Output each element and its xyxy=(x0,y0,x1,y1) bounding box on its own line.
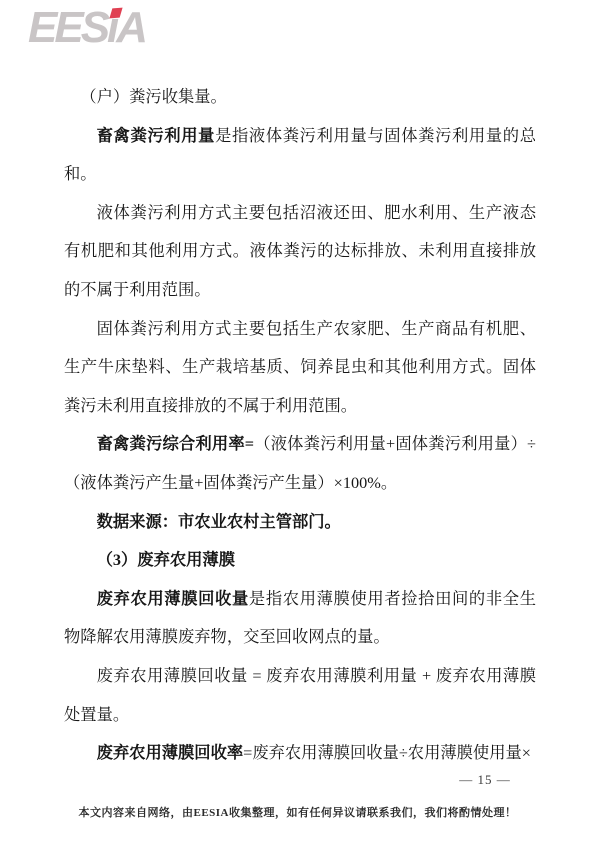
bold-term: （3）废弃农用薄膜 xyxy=(97,550,235,569)
logo-text-pre: EES xyxy=(28,3,107,52)
text-run: 液体粪污利用方式主要包括沼液还田、肥水利用、生产液态有机肥和其他利用方式。液体粪… xyxy=(64,203,536,299)
paragraph: （3）废弃农用薄膜 xyxy=(64,541,536,580)
bold-term: 畜禽粪污利用量 xyxy=(97,126,215,145)
document-body: （户）粪污收集量。畜禽粪污利用量是指液体粪污利用量与固体粪污利用量的总和。液体粪… xyxy=(64,78,536,773)
paragraph: 数据来源：市农业农村主管部门。 xyxy=(64,503,536,542)
bold-term: 数据来源：市农业农村主管部门。 xyxy=(97,512,341,531)
paragraph: 畜禽粪污利用量是指液体粪污利用量与固体粪污利用量的总和。 xyxy=(64,117,536,194)
text-run: 固体粪污利用方式主要包括生产农家肥、生产商品有机肥、生产牛床垫料、生产栽培基质、… xyxy=(64,319,536,415)
logo-letter-i: ı xyxy=(107,4,116,52)
bold-term: 废弃农用薄膜回收量 xyxy=(97,589,249,608)
footer-disclaimer: 本文内容来自网络，由EESIA收集整理，如有任何异议请联系我们，我们将酌情处理！ xyxy=(0,804,595,820)
paragraph: 废弃农用薄膜回收率=废弃农用薄膜回收量÷农用薄膜使用量× xyxy=(64,734,536,773)
text-run: =废弃农用薄膜回收量÷农用薄膜使用量× xyxy=(243,743,531,762)
paragraph: 固体粪污利用方式主要包括生产农家肥、生产商品有机肥、生产牛床垫料、生产栽培基质、… xyxy=(64,310,536,426)
paragraph: 液体粪污利用方式主要包括沼液还田、肥水利用、生产液态有机肥和其他利用方式。液体粪… xyxy=(64,194,536,310)
paragraph: 废弃农用薄膜回收量 = 废弃农用薄膜利用量 + 废弃农用薄膜处置量。 xyxy=(64,657,536,734)
text-run: （户）粪污收集量。 xyxy=(80,87,227,106)
paragraph: 废弃农用薄膜回收量是指农用薄膜使用者捡拾田间的非全生物降解农用薄膜废弃物，交至回… xyxy=(64,580,536,657)
page-number: — 15 — xyxy=(430,772,540,788)
text-run: 废弃农用薄膜回收量 = 废弃农用薄膜利用量 + 废弃农用薄膜处置量。 xyxy=(64,666,536,724)
paragraph: （户）粪污收集量。 xyxy=(64,78,536,117)
bold-term: 畜禽粪污综合利用率= xyxy=(97,434,254,453)
document-page: EESıA （户）粪污收集量。畜禽粪污利用量是指液体粪污利用量与固体粪污利用量的… xyxy=(0,0,595,843)
bold-term: 废弃农用薄膜回收率 xyxy=(97,743,244,762)
paragraph: 畜禽粪污综合利用率=（液体粪污利用量+固体粪污利用量）÷（液体粪污产生量+固体粪… xyxy=(64,425,536,502)
eesia-logo: EESıA xyxy=(28,4,145,52)
